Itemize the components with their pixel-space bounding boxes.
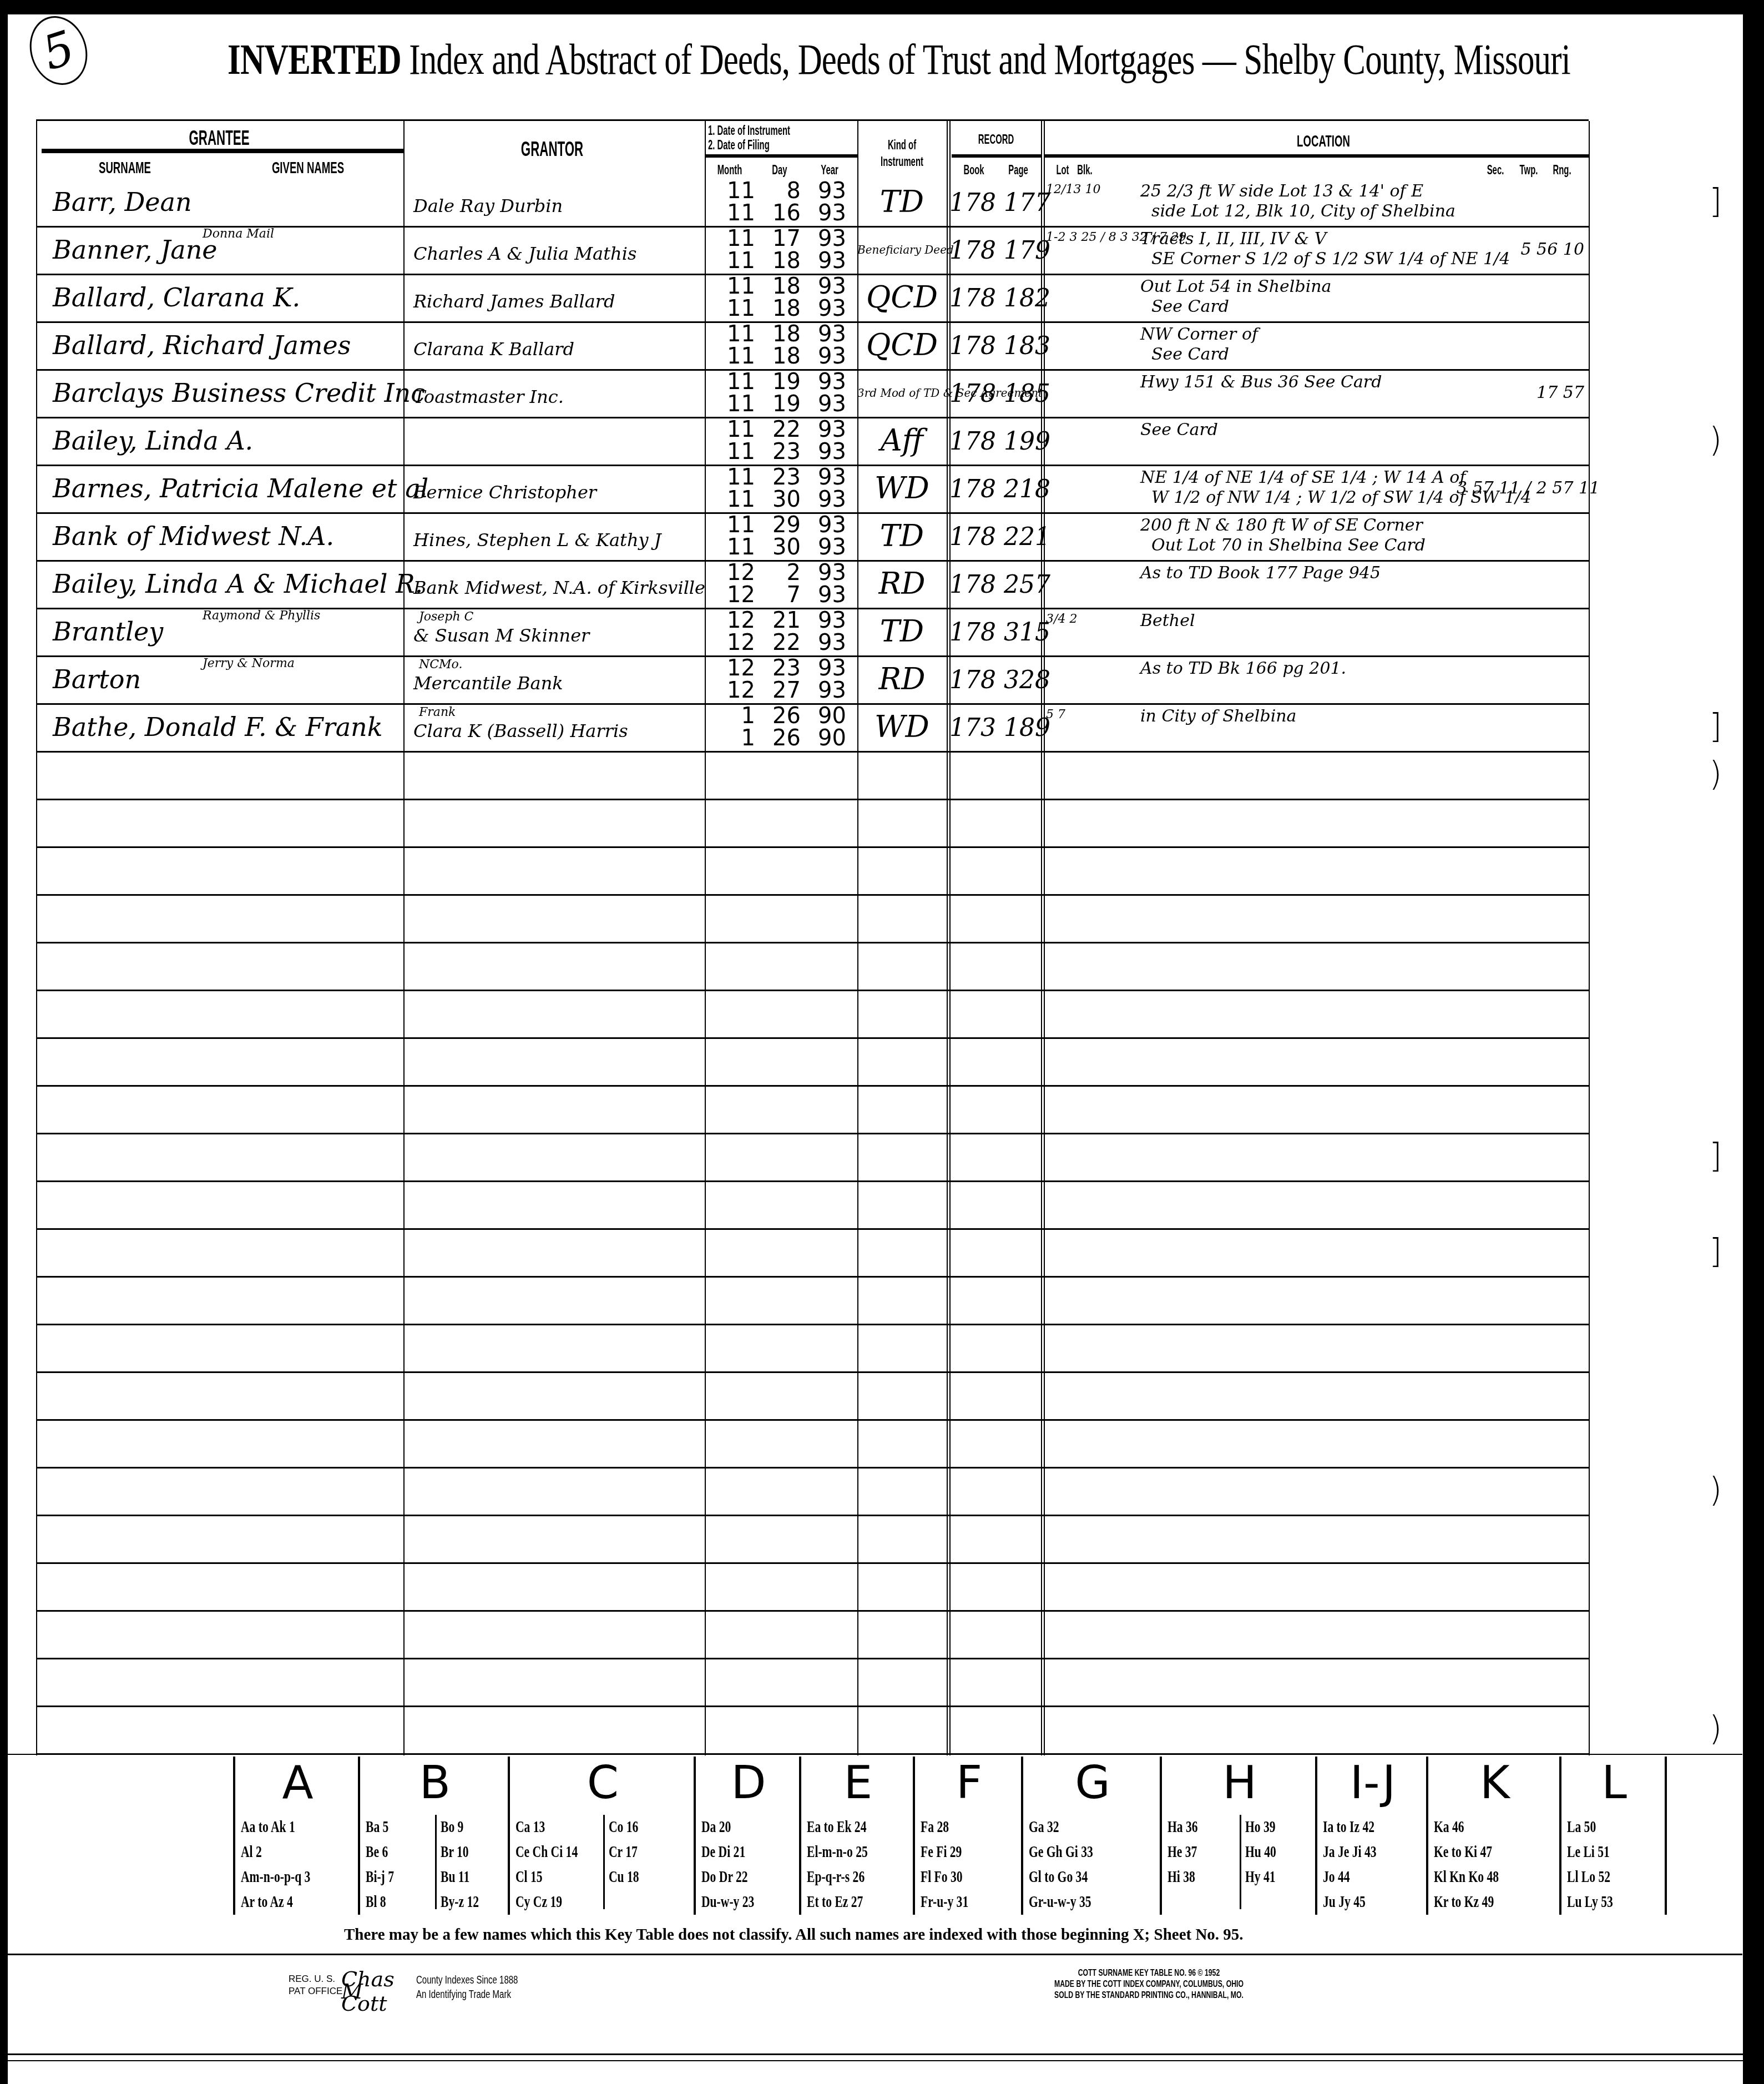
year: 93 <box>813 441 846 463</box>
record-book: 178 <box>949 236 996 265</box>
key-entry: Ca 13 <box>515 1818 545 1836</box>
day: 26 <box>767 705 801 727</box>
footer-signature: Chas M Cott <box>341 1973 395 2010</box>
location-line-2: W 1/2 of NW 1/4 ; W 1/2 of SW 1/4 of SW … <box>1140 488 1473 508</box>
key-entry: By-z 12 <box>441 1893 479 1911</box>
margin-bracket-icon: ) <box>1709 1471 1722 1510</box>
location-line-1: Out Lot 54 in Shelbina <box>1140 277 1473 297</box>
date-of-filing: 111993 <box>705 393 857 415</box>
year: 93 <box>813 371 846 393</box>
key-entry: Kr to Kz 49 <box>1434 1893 1494 1911</box>
location-line-1: 200 ft N & 180 ft W of SE Corner <box>1140 516 1473 536</box>
location-description: NE 1/4 of NE 1/4 of SE 1/4 ; W 14 A ofW … <box>1140 465 1473 516</box>
dates: 1269012690 <box>705 703 857 751</box>
key-range: Ka <box>1434 1818 1449 1836</box>
table-row: Banner, JaneDonna MailCharles A & Julia … <box>36 226 1589 275</box>
key-entry: Et to Ez 27 <box>807 1893 863 1911</box>
key-range: Hi <box>1167 1868 1180 1886</box>
key-entry: Ke to Ki 47 <box>1434 1843 1492 1861</box>
key-number: 7 <box>388 1868 394 1886</box>
key-entry: Le Li 51 <box>1567 1843 1610 1861</box>
blank-table-row <box>36 1133 1589 1182</box>
key-range: Du-w-y <box>701 1893 739 1911</box>
key-range: Le Li <box>1567 1843 1595 1861</box>
blank-table-row <box>36 1562 1589 1612</box>
key-number: 6 <box>382 1843 388 1861</box>
key-entry: Cr 17 <box>609 1843 638 1861</box>
key-entry: Fe Fi 29 <box>921 1843 962 1861</box>
location-description: Bethel <box>1140 608 1473 659</box>
location-description: As to TD Bk 166 pg 201. <box>1140 655 1473 707</box>
day: 29 <box>767 514 801 536</box>
margin-bracket-icon: ] <box>1709 707 1722 746</box>
record-page: 189 <box>1004 714 1050 742</box>
month: 11 <box>722 536 755 558</box>
key-letter: K <box>1428 1757 1561 1809</box>
lot-blk: 5 7 <box>1046 708 1065 724</box>
key-range: El-m-n-o <box>807 1843 853 1861</box>
lot-blk: 3/4 2 <box>1046 612 1077 629</box>
key-entry: Da 20 <box>701 1818 731 1836</box>
year: 93 <box>813 228 846 250</box>
grantor-name: Dale Ray Durbin <box>413 178 702 226</box>
key-number: 53 <box>1601 1893 1613 1911</box>
date-of-instrument: 12293 <box>705 562 857 584</box>
key-number: 37 <box>1185 1843 1197 1861</box>
grantor-name: Bernice Christopher <box>413 465 702 512</box>
month: 11 <box>722 202 755 224</box>
key-number: 46 <box>1452 1818 1464 1836</box>
page-title: INVERTED Index and Abstract of Deeds, De… <box>228 34 1570 84</box>
key-range: Et to Ez <box>807 1893 848 1911</box>
month: 12 <box>722 584 755 606</box>
dates: 112993113093 <box>705 512 857 560</box>
kind-of-instrument: TD <box>857 512 947 560</box>
table-row: BrantleyRaymond & Phyllis& Susan M Skinn… <box>36 608 1589 657</box>
key-number: 8 <box>380 1893 386 1911</box>
year: 93 <box>813 679 846 702</box>
margin-bracket-icon: ) <box>1709 1709 1722 1748</box>
grantor-name: Charles A & Julia Mathis <box>413 226 702 274</box>
record-book: 178 <box>949 427 996 456</box>
grantee-extra: Donna Mail <box>203 227 274 240</box>
record-rule <box>952 154 1041 158</box>
month: 11 <box>722 514 755 536</box>
footer-trademark: REG. U. S. PAT OFFICE Chas M Cott County… <box>289 1973 342 1997</box>
kind-of-instrument: Aff <box>857 417 947 465</box>
location-description: in City of Shelbina <box>1140 703 1473 754</box>
key-number: 50 <box>1584 1818 1596 1836</box>
day: 18 <box>767 297 801 320</box>
record-book-page: 178 199 <box>949 417 1044 465</box>
location-line-1: in City of Shelbina <box>1140 707 1473 726</box>
ledger-table: GRANTEE SURNAME GIVEN NAMES GRANTOR 1. D… <box>36 119 1589 1755</box>
footer-reg-line2: PAT OFFICE <box>289 1985 342 1997</box>
record-book: 178 <box>949 380 996 408</box>
month: 11 <box>722 180 755 202</box>
record-page: 185 <box>1004 380 1050 408</box>
location-line-1: Tracts I, II, III, IV & V <box>1140 229 1473 249</box>
key-letter: F <box>915 1757 1023 1809</box>
blank-table-row <box>36 846 1589 896</box>
sec-twp-rng <box>1457 178 1584 226</box>
key-number: 45 <box>1353 1893 1366 1911</box>
key-number: 44 <box>1338 1868 1350 1886</box>
key-range: Fl Fo <box>921 1868 948 1886</box>
grantor-name: Richard James Ballard <box>413 274 702 321</box>
header-book: Book <box>960 163 988 178</box>
record-book: 178 <box>949 189 996 217</box>
key-number: 38 <box>1183 1868 1195 1886</box>
day: 23 <box>767 441 801 463</box>
record-book-page: 178 185 <box>949 369 1044 417</box>
grantor-name: Bank Midwest, N.A. of Kirksville <box>413 560 702 608</box>
key-column-i-j: I-JIa to Iz 42Ja Je Ji 43Jo 44Ju Jy 45 <box>1315 1757 1428 1915</box>
blank-table-row <box>36 1515 1589 1564</box>
key-range: Ce Ch Ci <box>515 1843 563 1861</box>
key-subdivider <box>1240 1815 1241 1909</box>
key-number: 28 <box>937 1818 949 1836</box>
key-range: Bu <box>441 1868 455 1886</box>
key-entry: Jo 44 <box>1323 1868 1350 1886</box>
month: 12 <box>722 562 755 584</box>
key-range: Ar to Az <box>241 1893 284 1911</box>
key-table-top-rule <box>0 1754 1742 1755</box>
key-entry: Cl 15 <box>515 1868 543 1886</box>
key-column-l: LLa 50Le Li 51Ll Lo 52Lu Ly 53 <box>1559 1757 1667 1915</box>
key-number: 16 <box>626 1818 638 1836</box>
grantee-name: Ballard, Clarana K. <box>53 274 402 321</box>
record-book: 178 <box>949 618 996 647</box>
header-dates-line2: 2. Date of Filing <box>691 138 822 153</box>
sec-twp-rng <box>1457 655 1584 703</box>
key-entry: Al 2 <box>241 1843 262 1861</box>
header-twp: Twp. <box>1518 163 1539 178</box>
key-entry: Cu 18 <box>609 1868 639 1886</box>
header-given-names: GIVEN NAMES <box>270 159 346 178</box>
location-line-1: As to TD Bk 166 pg 201. <box>1140 659 1473 679</box>
grantor-name: Clarana K Ballard <box>413 321 702 369</box>
sec-twp-rng <box>1457 417 1584 465</box>
date-of-filing: 113093 <box>705 536 857 558</box>
record-book: 173 <box>949 714 996 742</box>
kind-of-instrument: WD <box>857 703 947 751</box>
date-of-instrument: 111993 <box>705 371 857 393</box>
day: 16 <box>767 202 801 224</box>
footer-reg-line1: REG. U. S. <box>289 1973 342 1985</box>
location-description: Hwy 151 & Bus 36 See Card <box>1140 369 1473 420</box>
sec-twp-rng <box>1457 512 1584 560</box>
date-of-instrument: 11893 <box>705 180 857 202</box>
key-range: Bo <box>441 1818 454 1836</box>
key-entry: De Di 21 <box>701 1843 745 1861</box>
date-of-filing: 12793 <box>705 584 857 606</box>
day: 22 <box>767 632 801 654</box>
blank-table-row <box>36 1228 1589 1278</box>
location-description: As to TD Book 177 Page 945 <box>1140 560 1473 611</box>
key-range: Ju Jy <box>1323 1893 1351 1911</box>
footer-right-line2: MADE BY THE COTT INDEX COMPANY, COLUMBUS… <box>1054 1979 1244 1990</box>
table-row: Ballard, Richard JamesClarana K Ballard1… <box>36 321 1589 371</box>
location-line-2: side Lot 12, Blk 10, City of Shelbina <box>1140 201 1473 221</box>
key-entry: Gl to Go 34 <box>1029 1868 1088 1886</box>
kind-of-instrument: Beneficiary Deed <box>857 226 947 274</box>
blank-table-row <box>36 990 1589 1039</box>
grantee-name: Bailey, Linda A & Michael R. <box>53 560 402 608</box>
key-entry: Hy 41 <box>1245 1868 1276 1886</box>
key-column-d: DDa 20De Di 21Do Dr 22Du-w-y 23 <box>694 1757 801 1915</box>
date-of-filing: 111693 <box>705 202 857 224</box>
blank-table-row <box>36 1419 1589 1469</box>
year: 93 <box>813 202 846 224</box>
key-number: 18 <box>627 1868 639 1886</box>
key-letter: C <box>510 1757 696 1809</box>
key-entry: Bu 11 <box>441 1868 469 1886</box>
dates: 11893111693 <box>705 178 857 226</box>
kind-of-instrument: 3rd Mod of TD & Sec Agreement <box>857 369 947 417</box>
blank-table-row <box>36 1276 1589 1325</box>
scan-top-edge <box>0 0 1764 14</box>
table-row: Bathe, Donald F. & FrankClara K (Bassell… <box>36 703 1589 753</box>
day: 18 <box>767 275 801 297</box>
key-range: Ga <box>1029 1818 1044 1836</box>
key-range: Cy Cz <box>515 1893 547 1911</box>
key-range: Ha <box>1167 1818 1183 1836</box>
key-number: 14 <box>566 1843 578 1861</box>
grantee-extra: Raymond & Phyllis <box>203 609 320 622</box>
month: 11 <box>722 466 755 488</box>
key-range: Ge Gh Gi <box>1029 1843 1078 1861</box>
key-entry: Aa to Ak 1 <box>241 1818 295 1836</box>
month: 12 <box>722 632 755 654</box>
month: 1 <box>722 727 755 749</box>
margin-bracket-icon: ] <box>1709 1137 1722 1175</box>
key-range: Aa to Ak <box>241 1818 286 1836</box>
key-number: 23 <box>742 1893 755 1911</box>
footer-tm-text: County Indexes Since 1888 An Identifying… <box>416 1973 518 2002</box>
key-column-e: EEa to Ek 24El-m-n-o 25Ep-q-r-s 26Et to … <box>799 1757 915 1915</box>
key-number: 39 <box>1263 1818 1276 1836</box>
location-line-1: See Card <box>1140 420 1473 440</box>
header-location: LOCATION <box>1278 132 1368 151</box>
key-range: Kl Kn Ko <box>1434 1868 1484 1886</box>
key-entry: Gr-u-w-y 35 <box>1029 1893 1091 1911</box>
key-number: 35 <box>1079 1893 1091 1911</box>
key-column-k: KKa 46Ke to Ki 47Kl Kn Ko 48Kr to Kz 49 <box>1426 1757 1561 1915</box>
key-number: 40 <box>1264 1843 1276 1861</box>
key-letter: E <box>801 1757 915 1809</box>
grantor-name <box>413 417 702 465</box>
grantor-extra: Frank <box>419 705 456 719</box>
record-book-page: 178 328 <box>949 655 1044 703</box>
key-entry: Ll Lo 52 <box>1567 1868 1610 1886</box>
title-rest: Index and Abstract of Deeds, Deeds of Tr… <box>401 35 1570 83</box>
key-number: 19 <box>550 1893 562 1911</box>
record-page: 199 <box>1004 427 1050 456</box>
key-number: 5 <box>383 1818 389 1836</box>
key-entry: Ia to Iz 42 <box>1323 1818 1374 1836</box>
date-of-instrument: 112393 <box>705 466 857 488</box>
key-entry: La 50 <box>1567 1818 1596 1836</box>
year: 93 <box>813 393 846 415</box>
dates: 122193122293 <box>705 608 857 655</box>
key-column-g: GGa 32Ge Gh Gi 33Gl to Go 34Gr-u-w-y 35 <box>1021 1757 1162 1915</box>
key-range: Br <box>441 1843 454 1861</box>
header-blk: Blk. <box>1074 163 1095 178</box>
title-bold: INVERTED <box>228 35 401 83</box>
surname-key-table: AAa to Ak 1Al 2Am-n-o-p-q 3Ar to Az 4BBa… <box>233 1757 1421 1923</box>
key-column-a: AAa to Ak 1Al 2Am-n-o-p-q 3Ar to Az 4 <box>233 1757 360 1915</box>
key-letter: D <box>696 1757 801 1809</box>
location-line-1: 25 2/3 ft W side Lot 13 & 14' of E <box>1140 181 1473 201</box>
key-letter: I-J <box>1317 1757 1428 1809</box>
table-row: Ballard, Clarana K.Richard James Ballard… <box>36 274 1589 323</box>
key-entry: Fr-u-y 31 <box>921 1893 968 1911</box>
header-record: RECORD <box>968 132 1023 148</box>
year: 93 <box>813 562 846 584</box>
key-range: Cl <box>515 1868 528 1886</box>
location-line-2: SE Corner S 1/2 of S 1/2 SW 1/4 of NE 1/… <box>1140 249 1473 269</box>
key-entry: Fl Fo 30 <box>921 1868 963 1886</box>
record-book-page: 173 189 <box>949 703 1044 751</box>
record-book-page: 178 315 <box>949 608 1044 655</box>
key-entry: Co 16 <box>609 1818 638 1836</box>
location-description: Out Lot 54 in ShelbinaSee Card <box>1140 274 1473 325</box>
header-month: Month <box>712 163 747 178</box>
key-entry: Ka 46 <box>1434 1818 1464 1836</box>
key-entry: Ha 36 <box>1167 1818 1198 1836</box>
record-book: 178 <box>949 666 996 694</box>
key-column-b: BBa 5Be 6Bi-j 7Bl 8Bo 9Br 10Bu 11By-z 12 <box>358 1757 510 1915</box>
dates: 111993111993 <box>705 369 857 417</box>
key-range: Gr-u-w-y <box>1029 1893 1076 1911</box>
month: 11 <box>722 393 755 415</box>
date-of-filing: 122293 <box>705 632 857 654</box>
key-entry: Hi 38 <box>1167 1868 1195 1886</box>
header-surname: SURNAME <box>90 159 159 178</box>
key-column-h: HHa 36He 37Hi 38Ho 39Hu 40Hy 41 <box>1160 1757 1317 1915</box>
key-entry: Kl Kn Ko 48 <box>1434 1868 1499 1886</box>
page-bottom-rule-2 <box>0 2060 1764 2061</box>
location-rule <box>1044 154 1589 158</box>
lot-blk: 12/13 10 <box>1046 183 1100 199</box>
footer-tm-line1: County Indexes Since 1888 <box>416 1973 518 1987</box>
grantor-extra: NCMo. <box>419 658 462 671</box>
key-entry: Bi-j 7 <box>366 1868 394 1886</box>
key-letter: G <box>1023 1757 1162 1809</box>
sec-twp-rng <box>1457 274 1584 321</box>
key-range: Lu Ly <box>1567 1893 1598 1911</box>
page-bottom-rule <box>0 2053 1764 2055</box>
scan-left-edge <box>0 0 8 2084</box>
location-line-2: Out Lot 70 in Shelbina See Card <box>1140 536 1473 556</box>
margin-bracket-icon: ) <box>1709 755 1722 794</box>
header-grantee: GRANTEE <box>174 127 264 150</box>
day: 17 <box>767 228 801 250</box>
key-range: Ba <box>366 1818 380 1836</box>
dates: 112393113093 <box>705 465 857 512</box>
day: 22 <box>767 418 801 441</box>
header-rng: Rng. <box>1551 163 1572 178</box>
month: 11 <box>722 371 755 393</box>
margin-bracket-icon: ] <box>1709 182 1722 221</box>
key-number: 1 <box>289 1818 295 1836</box>
day: 18 <box>767 345 801 367</box>
date-of-instrument: 111893 <box>705 275 857 297</box>
date-of-filing: 111893 <box>705 250 857 272</box>
blank-table-row <box>36 1324 1589 1373</box>
day: 7 <box>767 584 801 606</box>
key-range: Fr-u-y <box>921 1893 953 1911</box>
location-description: See Card <box>1140 417 1473 468</box>
record-page: 183 <box>1004 332 1050 360</box>
date-of-instrument: 112993 <box>705 514 857 536</box>
key-number: 13 <box>533 1818 545 1836</box>
header-lot: Lot <box>1052 163 1073 178</box>
dates-rule <box>705 154 857 158</box>
record-book: 178 <box>949 475 996 503</box>
month: 11 <box>722 228 755 250</box>
footer-right-line1: COTT SURNAME KEY TABLE NO. 96 © 1952 <box>1054 1967 1244 1979</box>
kind-of-instrument: RD <box>857 655 947 703</box>
location-description: 25 2/3 ft W side Lot 13 & 14' of Eside L… <box>1140 178 1473 229</box>
col-line-right <box>1589 121 1590 1755</box>
sec-twp-rng: 5 56 10 <box>1457 226 1584 274</box>
key-range: Bl <box>366 1893 377 1911</box>
key-number: 20 <box>719 1818 731 1836</box>
location-description: NW Corner ofSee Card <box>1140 321 1473 372</box>
key-entry: Am-n-o-p-q 3 <box>241 1868 310 1886</box>
record-book-page: 178 218 <box>949 465 1044 512</box>
day: 18 <box>767 250 801 272</box>
grantee-extra: Jerry & Norma <box>203 657 295 670</box>
year: 93 <box>813 250 846 272</box>
sec-twp-rng <box>1457 560 1584 608</box>
year: 93 <box>813 180 846 202</box>
sec-twp-rng: 17 57 <box>1457 369 1584 417</box>
date-of-filing: 111893 <box>705 297 857 320</box>
key-entry: Du-w-y 23 <box>701 1893 754 1911</box>
table-row: BartonJerry & NormaMercantile BankNCMo.1… <box>36 655 1589 705</box>
dates: 111893111893 <box>705 321 857 369</box>
header-year: Year <box>812 163 847 178</box>
record-page: 315 <box>1004 618 1050 647</box>
month: 11 <box>722 250 755 272</box>
key-entry: He 37 <box>1167 1843 1197 1861</box>
record-page: 177 <box>1004 189 1050 217</box>
day: 23 <box>767 466 801 488</box>
record-page: 221 <box>1004 523 1050 551</box>
day: 27 <box>767 679 801 702</box>
dates: 1229312793 <box>705 560 857 608</box>
key-entry: Hu 40 <box>1245 1843 1276 1861</box>
key-range: Hy <box>1245 1868 1261 1886</box>
key-number: 51 <box>1598 1843 1610 1861</box>
blank-table-row <box>36 1610 1589 1659</box>
key-range: Ke to Ki <box>1434 1843 1477 1861</box>
year: 93 <box>813 418 846 441</box>
grantor-name: Hines, Stephen L & Kathy J <box>413 512 702 560</box>
date-of-instrument: 111793 <box>705 228 857 250</box>
key-entry: Br 10 <box>441 1843 469 1861</box>
month: 11 <box>722 488 755 511</box>
location-line-2: See Card <box>1140 297 1473 317</box>
year: 93 <box>813 536 846 558</box>
year: 93 <box>813 323 846 345</box>
key-table-note: There may be a few names which this Key … <box>344 1926 1244 1944</box>
date-of-instrument: 122193 <box>705 609 857 632</box>
day: 19 <box>767 371 801 393</box>
